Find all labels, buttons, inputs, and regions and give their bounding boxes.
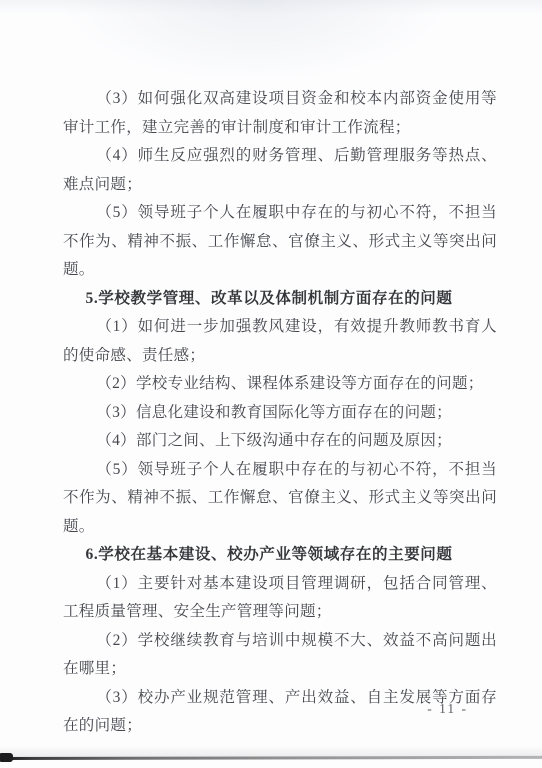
paragraph: （1）主要针对基本建设项目管理调研，包括合同管理、工程质量管理、安全生产管理等问…	[63, 570, 497, 627]
paragraph: （3）如何强化双高建设项目资金和校本内部资金使用等审计工作，建立完善的审计制度和…	[63, 85, 497, 142]
page-number: - 11 -	[427, 701, 468, 717]
scan-edge-corner-mark	[0, 753, 13, 762]
section-heading: 6.学校在基本建设、校办产业等领域存在的主要问题	[63, 541, 497, 570]
paragraph: （2）学校继续教育与培训中规模不大、效益不高问题出在哪里；	[63, 627, 497, 684]
document-body: （3）如何强化双高建设项目资金和校本内部资金使用等审计工作，建立完善的审计制度和…	[63, 85, 497, 741]
scan-edge-shadow	[0, 756, 542, 760]
scan-haze-artifact	[65, 0, 444, 80]
paragraph: （3）信息化建设和教育国际化等方面存在的问题；	[63, 399, 497, 428]
paragraph: （5）领导班子个人在履职中存在的与初心不符，不担当不作为、精神不振、工作懈怠、官…	[63, 199, 497, 285]
paragraph: （1）如何进一步加强教风建设，有效提升教师教书育人的使命感、责任感；	[63, 313, 497, 370]
scanned-page: { "document": { "paragraphs": [ { "type"…	[0, 0, 542, 768]
paragraph: （2）学校专业结构、课程体系建设等方面存在的问题；	[63, 370, 497, 399]
scan-haze-top-artifact	[0, 0, 542, 14]
paragraph: （5）领导班子个人在履职中存在的与初心不符，不担当不作为、精神不振、工作懈怠、官…	[63, 456, 497, 542]
paragraph: （4）师生反应强烈的财务管理、后勤管理服务等热点、难点问题；	[63, 142, 497, 199]
paragraph: （4）部门之间、上下级沟通中存在的问题及原因；	[63, 427, 497, 456]
section-heading: 5.学校教学管理、改革以及体制机制方面存在的问题	[63, 285, 497, 314]
